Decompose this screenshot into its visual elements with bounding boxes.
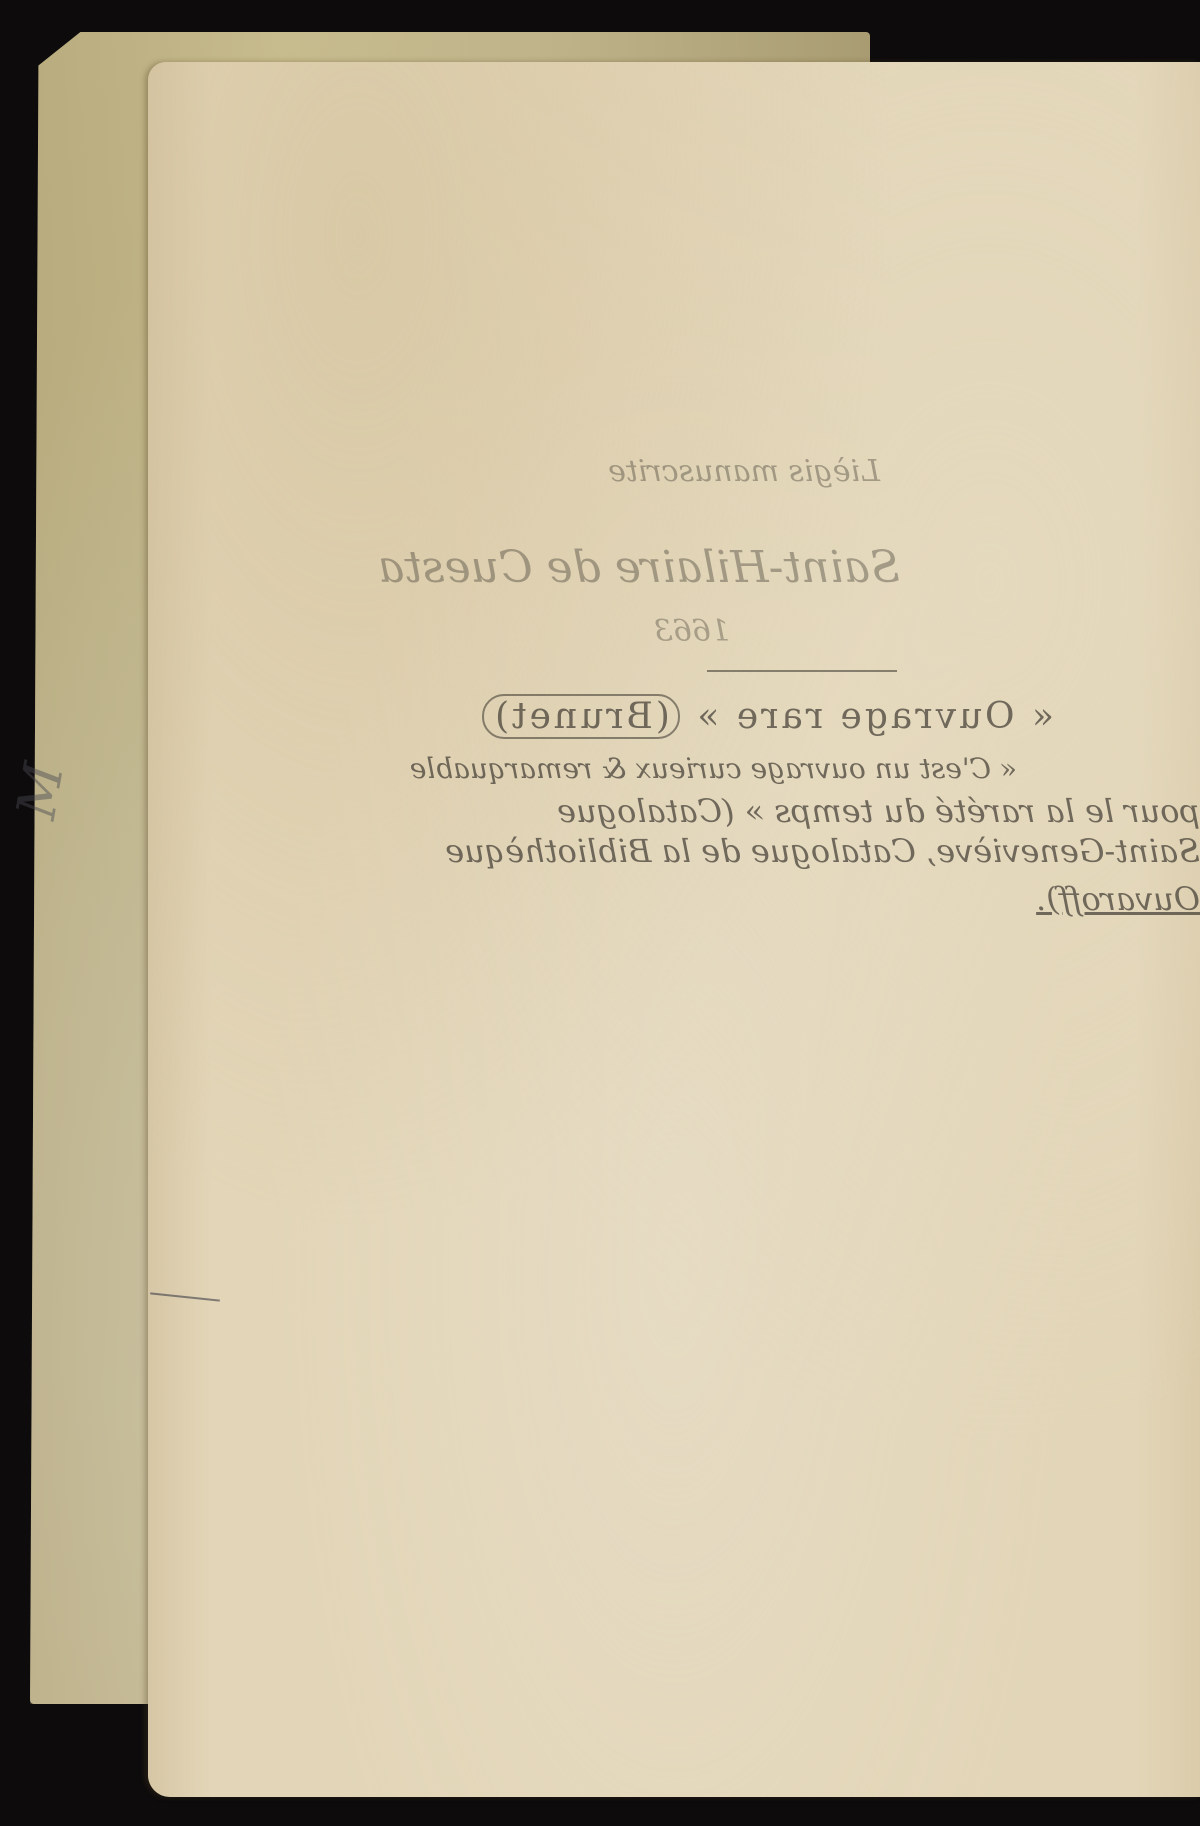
year: 1663 xyxy=(654,614,730,649)
title-line-2: Saint-Hilaire de Cuesta xyxy=(378,542,900,593)
note-line-4: Saint-Geneviève, Catalogue de la Bibliot… xyxy=(445,832,1200,870)
mirrored-show-through-text: Liègis manuscrite Saint-Hilaire de Cuest… xyxy=(148,62,1200,1797)
note-line-2: « C'est un ouvrage curieux & remarquable xyxy=(410,752,1017,785)
brunet-citation: (Brunet) xyxy=(482,694,680,739)
note-line-3: pour le la rarété du temps » (Catalogue xyxy=(557,792,1200,830)
title-line-1: Liègis manuscrite xyxy=(608,454,880,489)
note-line-1: « Ouvrage rare » (Brunet) xyxy=(482,696,1054,737)
divider-rule xyxy=(707,670,897,672)
note-rare-label: « Ouvrage rare » xyxy=(694,696,1054,737)
note-line-5: Ouvaroff). xyxy=(1036,880,1200,918)
